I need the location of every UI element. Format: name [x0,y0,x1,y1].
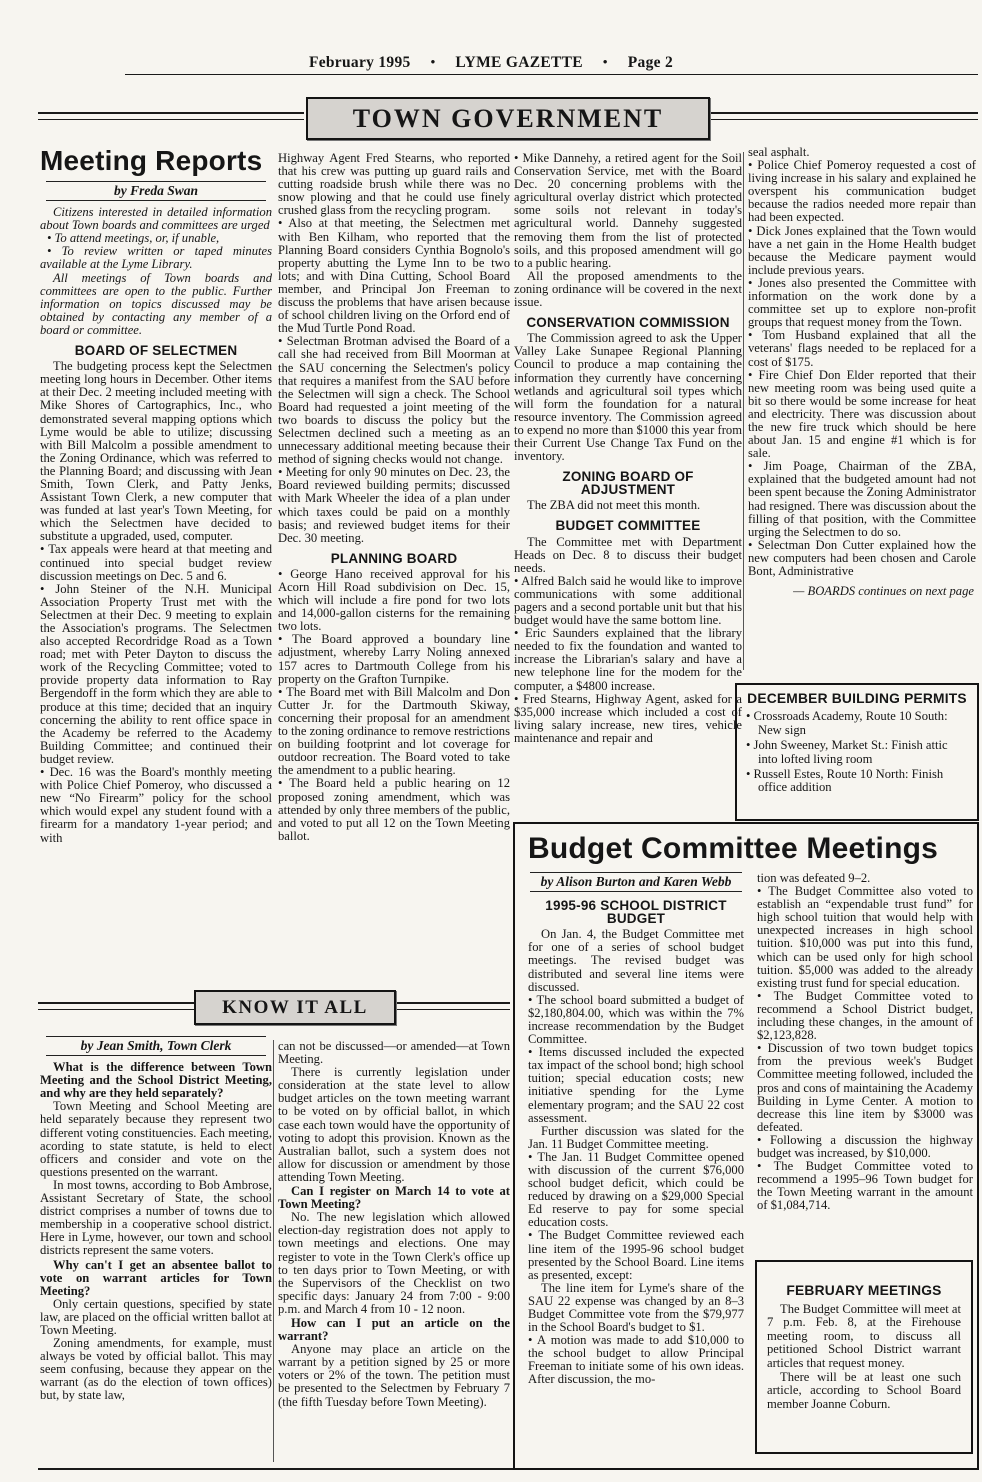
paragraph: • Following a discussion the highway bud… [757,1134,973,1160]
newspaper-page: February 1995•LYME GAZETTE•Page 2 TOWN G… [0,0,982,1482]
article-title: Budget Committee Meetings [528,832,965,866]
column-rule [743,152,744,670]
column-1: Meeting Reports by Freda Swan Citizens i… [40,146,272,845]
banner-title: KNOW IT ALL [222,997,368,1018]
paragraph: • Tom Husband explained that all the vet… [748,329,976,368]
article-body: • Mike Dannehy, a retired agent for the … [514,152,742,745]
paragraph: can not be discussed—or amended—at Town … [278,1040,510,1066]
paragraph: • Discussion of two town budget topics f… [757,1042,973,1134]
question-paragraph: What is the difference between Town Meet… [40,1061,272,1100]
header-date: February 1995 [309,54,411,71]
paragraph: There is currently legislation under con… [278,1066,510,1184]
byline: by Jean Smith, Town Clerk [46,1036,266,1056]
column-2: Highway Agent Fred Stearns, who reported… [278,152,510,843]
column-3: • Mike Dannehy, a retired agent for the … [514,152,742,745]
divider [125,74,978,75]
paragraph: In most towns, according to Bob Ambrose,… [40,1179,272,1258]
question-paragraph: How can I put an article on the warrant? [278,1317,510,1343]
section-heading: CONSERVATION COMMISSION [514,316,742,329]
paragraph: • The Budget Committee reviewed each lin… [528,1229,744,1281]
paragraph: • Selectman Don Cutter explained how the… [748,539,976,578]
question-paragraph: Can I register on March 14 to vote at To… [278,1185,510,1211]
section-heading: BUDGET COMMITTEE [514,519,742,532]
paragraph: • Jones also presented the Committee wit… [748,277,976,329]
paragraph: • John Steiner of the N.H. Municipal Ass… [40,583,272,766]
byline: by Freda Swan [46,181,266,201]
paragraph: Further discussion was slated for the Ja… [528,1125,744,1151]
permit-item: • Russell Estes, Route 10 North: Finish … [746,768,968,795]
permit-item: • John Sweeney, Market St.: Finish attic… [746,739,968,766]
article-body: seal asphalt.• Police Chief Pomeroy requ… [748,146,976,598]
paragraph: • The school board submitted a budget of… [528,994,744,1046]
paragraph: • The Board approved a boundary line adj… [278,633,510,685]
section-heading: ZONING BOARD OF ADJUSTMENT [514,470,742,496]
separator-dot: • [603,54,608,70]
column-rule [273,1040,274,1462]
article-body: Citizens interested in detailed informat… [40,206,272,845]
paragraph: • To review written or taped minutes ava… [40,245,272,271]
paragraph: Zoning amendments, for example, must alw… [40,1337,272,1402]
paragraph: • Fred Stearns, Highway Agent, asked for… [514,693,742,745]
paragraph: On Jan. 4, the Budget Committee met for … [528,928,744,993]
divider [392,1002,510,1010]
paragraph: Citizens interested in detailed informat… [40,206,272,232]
paragraph: • The Jan. 11 Budget Committee opened wi… [528,1151,744,1230]
page-header: February 1995•LYME GAZETTE•Page 2 [0,54,982,72]
article-body: Highway Agent Fred Stearns, who reported… [278,152,510,843]
paragraph: Only certain questions, specified by sta… [40,1298,272,1337]
paragraph: The line item for Lyme's share of the SA… [528,1282,744,1334]
paper-name: LYME GAZETTE [455,54,583,71]
paragraph: The Commission agreed to ask the Upper V… [514,332,742,463]
paragraph: • The Budget Committee voted to recommen… [757,990,973,1042]
divider [38,1002,194,1010]
byline: by Alison Burton and Karen Webb [530,872,742,892]
paragraph: • The Budget Committee voted to recommen… [757,1160,973,1212]
paragraph: • Also at that meeting, the Selectmen me… [278,217,510,335]
february-meetings-box: FEBRUARY MEETINGS The Budget Committee w… [755,1260,973,1454]
box-title: FEBRUARY MEETINGS [767,1284,961,1298]
paragraph: • Meeting for only 90 minutes on Dec. 23… [278,466,510,545]
know-it-all-banner: KNOW IT ALL [194,990,396,1025]
paragraph: • Jim Poage, Chairman of the ZBA, explai… [748,460,976,539]
paragraph: • Tax appeals were heard at that meeting… [40,543,272,582]
budget-section: Budget Committee Meetings by Alison Burt… [513,822,979,1470]
kia-column-1: by Jean Smith, Town Clerk What is the di… [40,1034,272,1403]
section-heading: PLANNING BOARD [278,552,510,565]
article-body: The Budget Committee will meet at 7 p.m.… [767,1303,961,1412]
paragraph: • Dick Jones explained that the Town wou… [748,225,976,277]
budget-column-1: by Alison Burton and Karen Webb 1995-96 … [528,868,744,1387]
paragraph: • The Board held a public hearing on 12 … [278,777,510,842]
divider [710,112,978,120]
banner-title: TOWN GOVERNMENT [353,104,664,133]
paragraph: • A motion was made to add $10,000 to th… [528,1334,744,1386]
paragraph: • Police Chief Pomeroy requested a cost … [748,159,976,224]
box-title: DECEMBER BUILDING PERMITS [746,692,968,705]
paragraph: The Budget Committee will meet at 7 p.m.… [767,1303,961,1371]
paragraph: • George Hano received approval for his … [278,568,510,633]
permit-item: • Crossroads Academy, Route 10 South: Ne… [746,710,968,737]
paragraph: • The Board met with Bill Malcolm and Do… [278,686,510,778]
continuation-note: — BOARDS continues on next page [748,585,976,598]
paragraph: • Selectman Brotman advised the Board of… [278,335,510,466]
paragraph: • The Budget Committee also voted to est… [757,885,973,990]
question-paragraph: Why can't I get an absentee ballot to vo… [40,1259,272,1298]
permit-list: • Crossroads Academy, Route 10 South: Ne… [746,710,968,794]
town-government-banner: TOWN GOVERNMENT [306,97,710,140]
paragraph: All meetings of Town boards and committe… [40,272,272,337]
paragraph: Highway Agent Fred Stearns, who reported… [278,152,510,217]
paragraph: All the proposed amendments to the zonin… [514,270,742,309]
article-body: 1995-96 SCHOOL DISTRICT BUDGETOn Jan. 4,… [528,899,744,1386]
kia-column-2: can not be discussed—or amended—at Town … [278,1040,510,1409]
page-number: Page 2 [628,54,673,71]
building-permits-box: DECEMBER BUILDING PERMITS • Crossroads A… [735,683,979,821]
paragraph: • Eric Saunders explained that the libra… [514,627,742,692]
paragraph: The Committee met with Department Heads … [514,536,742,575]
divider [38,112,304,120]
section-heading: 1995-96 SCHOOL DISTRICT BUDGET [528,899,744,925]
column-4: seal asphalt.• Police Chief Pomeroy requ… [748,146,976,598]
paragraph: No. The new legislation which allowed el… [278,1211,510,1316]
article-title: Meeting Reports [40,146,272,176]
paragraph: • Mike Dannehy, a retired agent for the … [514,152,742,270]
paragraph: The ZBA did not meet this month. [514,499,742,512]
article-body: tion was defeated 9–2.• The Budget Commi… [757,872,973,1212]
section-heading: BOARD OF SELECTMEN [40,344,272,357]
paragraph: The budgeting process kept the Selectmen… [40,360,272,543]
paragraph: • Items discussed included the expected … [528,1046,744,1125]
paragraph: • Fire Chief Don Elder reported that the… [748,369,976,461]
paragraph: • Dec. 16 was the Board's monthly meetin… [40,766,272,845]
article-body: What is the difference between Town Meet… [40,1061,272,1402]
paragraph: Town Meeting and School Meeting are held… [40,1100,272,1179]
separator-dot: • [431,54,436,70]
divider [38,1468,513,1470]
paragraph: • Alfred Balch said he would like to imp… [514,575,742,627]
article-body: can not be discussed—or amended—at Town … [278,1040,510,1409]
paragraph: Anyone may place an article on the warra… [278,1343,510,1408]
paragraph: There will be at least one such article,… [767,1371,961,1412]
